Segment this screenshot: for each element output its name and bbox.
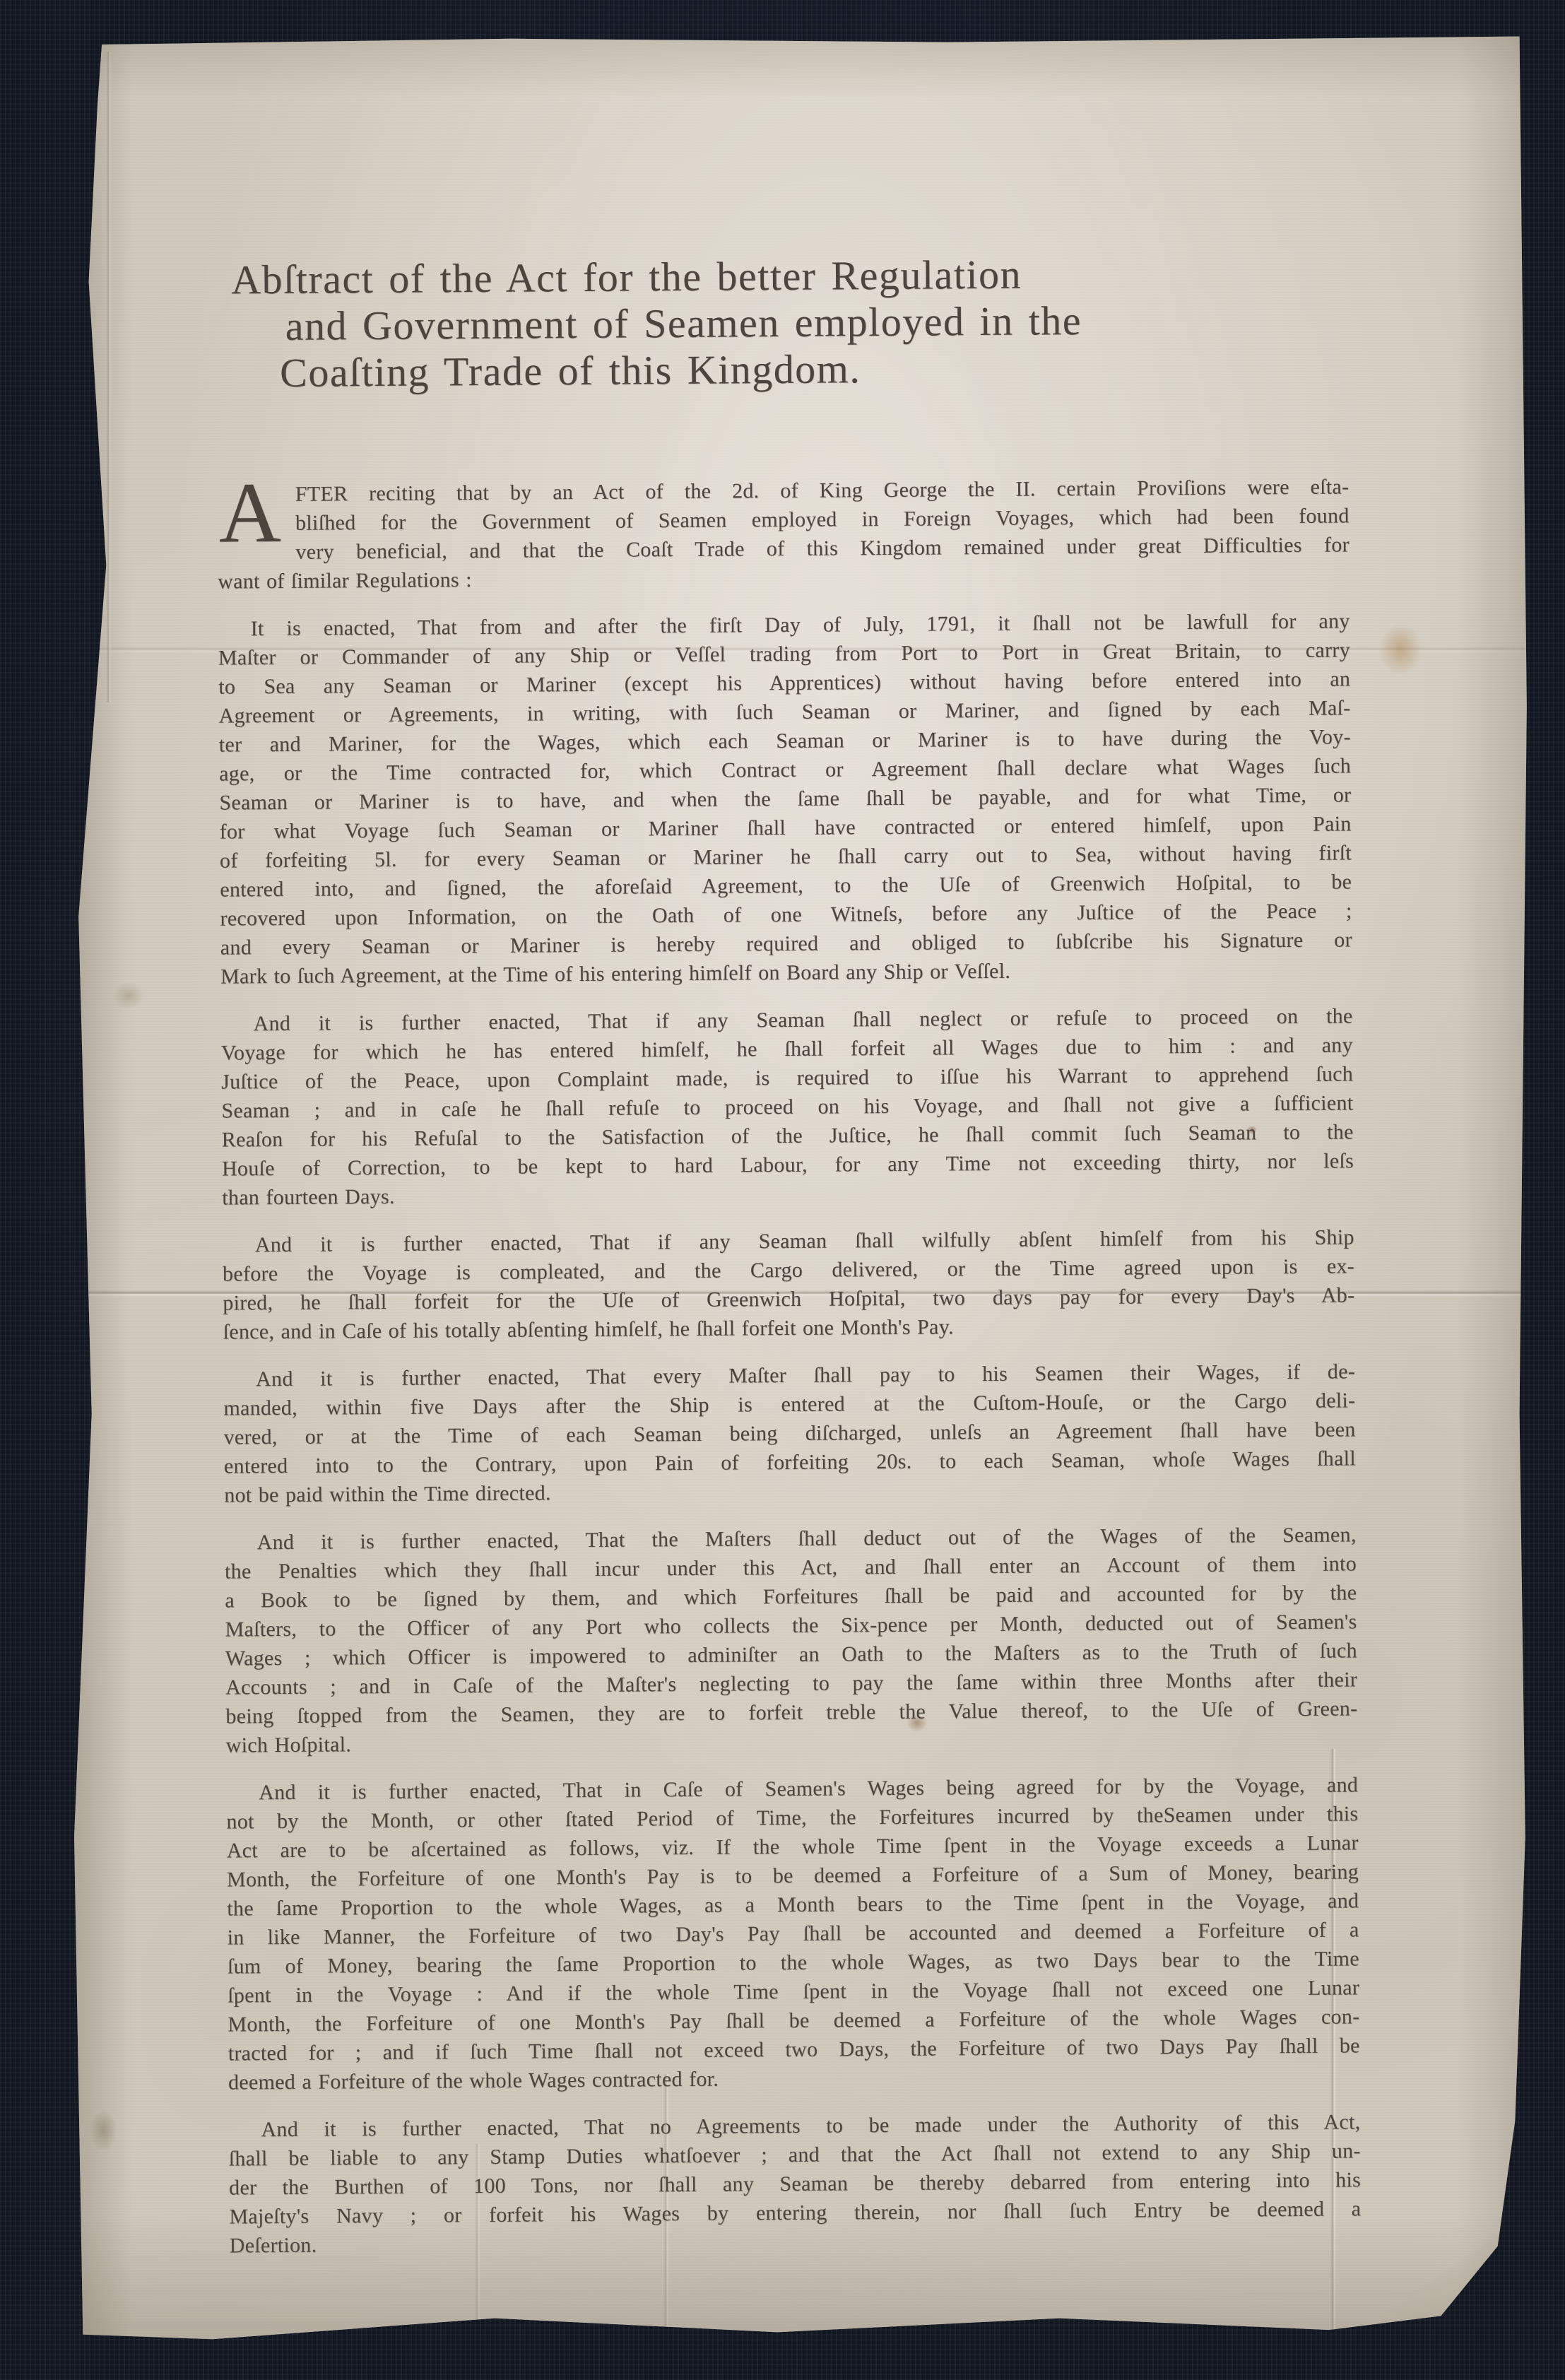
title-line: Abſtract of the Act for the better Regul… <box>231 249 1347 303</box>
stain-left-edge <box>112 982 145 1010</box>
paragraph: And it is further enacted, That every Ma… <box>223 1357 1356 1509</box>
paragraph: And it is further enacted, That no Agree… <box>228 2107 1361 2260</box>
dog-ear-corner <box>1347 2224 1516 2337</box>
paragraph: And it is further enacted, That if any S… <box>223 1223 1355 1346</box>
drop-cap: A <box>217 480 295 543</box>
stain-right-edge <box>1378 623 1422 676</box>
paragraph: And it is further enacted, That in Caſe … <box>226 1770 1360 2097</box>
stain-bottom-left <box>89 2109 117 2152</box>
title-line: and Government of Seamen employed in the <box>285 295 1347 349</box>
curl-crease-left <box>106 52 112 702</box>
photo-backdrop: Abſtract of the Act for the better Regul… <box>0 0 1565 2380</box>
paragraph: And it is further enacted, That the Maſt… <box>225 1520 1358 1760</box>
document-body: AFTER reciting that by an Act of the 2d.… <box>217 472 1362 2260</box>
document-title: Abſtract of the Act for the better Regul… <box>215 249 1348 396</box>
paragraph: And it is further enacted, That if any S… <box>220 1001 1354 1212</box>
paragraph: AFTER reciting that by an Act of the 2d.… <box>217 472 1350 596</box>
document-content: Abſtract of the Act for the better Regul… <box>215 249 1362 2260</box>
title-line: Coaſting Trade of this Kingdom. <box>280 342 1348 396</box>
document-paper: Abſtract of the Act for the better Regul… <box>74 28 1530 2353</box>
paragraph: It is enacted, That from and after the f… <box>218 606 1353 991</box>
